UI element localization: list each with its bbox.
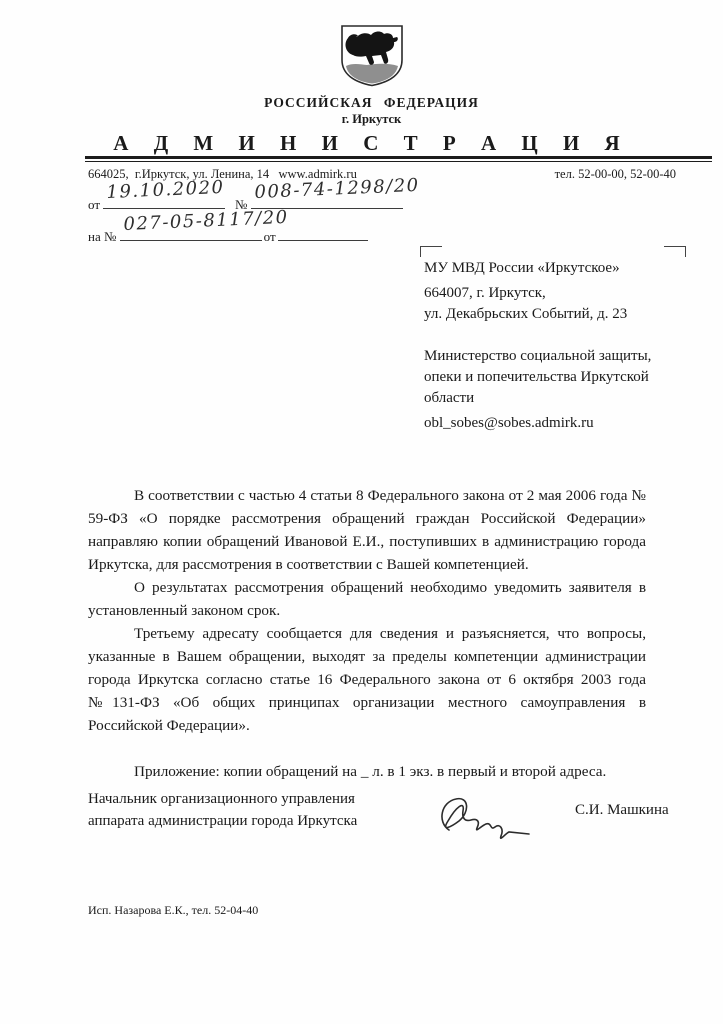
addressee1-name: МУ МВД России «Иркутское» (424, 258, 692, 279)
reference-line-incoming: на № 027-05-8117/20 от (88, 224, 368, 245)
letterhead-country: РОССИЙСКАЯ ФЕДЕРАЦИЯ (30, 95, 713, 111)
signer-name: С.И. Машкина (575, 802, 669, 819)
reply-date-field (278, 224, 368, 241)
letterhead: РОССИЙСКАЯ ФЕДЕРАЦИЯ г. Иркутск (30, 24, 713, 127)
addressee1-street: ул. Декабрьских Событий, д. 23 (424, 304, 692, 325)
reply-number-field: 027-05-8117/20 (120, 224, 262, 241)
executor-line: Исп. Назарова Е.К., тел. 52-04-40 (88, 903, 258, 918)
addressee2-line2: опеки и попечительства Иркутской (424, 367, 692, 388)
ref-date-field: 19.10.2020 (103, 192, 225, 209)
recipient-email: obl_sobes@sobes.admirk.ru (424, 413, 692, 434)
recipient-block: МУ МВД России «Иркутское» 664007, г. Ирк… (420, 246, 692, 434)
spacer (424, 325, 692, 346)
reply-number-label: на № (88, 229, 116, 244)
addressee2-line3: области (424, 388, 692, 409)
address-zone-corner-right (664, 246, 686, 257)
signature-block: Начальник организационного управления ап… (88, 788, 688, 832)
organization-title: А Д М И Н И С Т Р А Ц И Я (30, 131, 713, 156)
body-paragraph-1: В соответствии с частью 4 статьи 8 Федер… (88, 484, 646, 576)
address-zone-corner-left (420, 246, 442, 257)
body-paragraph-2: О результатах рассмотрения обращений нео… (88, 576, 646, 622)
irkutsk-coat-of-arms-icon (335, 24, 409, 88)
letterhead-city: г. Иркутск (30, 112, 713, 127)
body-paragraph-3: Третьему адресату сообщается для сведени… (88, 622, 646, 737)
ref-date-label: от (88, 197, 100, 212)
reply-date-label: от (264, 229, 276, 244)
header-divider (85, 156, 712, 162)
handwritten-signature-icon (433, 790, 563, 857)
handwritten-date: 19.10.2020 (106, 177, 225, 203)
attachment-line: Приложение: копии обращений на _ л. в 1 … (88, 760, 646, 783)
letterhead-phones: тел. 52-00-00, 52-00-40 (555, 167, 676, 182)
addressee2-line1: Министерство социальной защиты, (424, 346, 692, 367)
addressee1-postcode: 664007, г. Иркутск, (424, 283, 692, 304)
letter-body: В соответствии с частью 4 статьи 8 Федер… (88, 484, 646, 783)
letter-page: РОССИЙСКАЯ ФЕДЕРАЦИЯ г. Иркутск А Д М И … (0, 0, 723, 1024)
